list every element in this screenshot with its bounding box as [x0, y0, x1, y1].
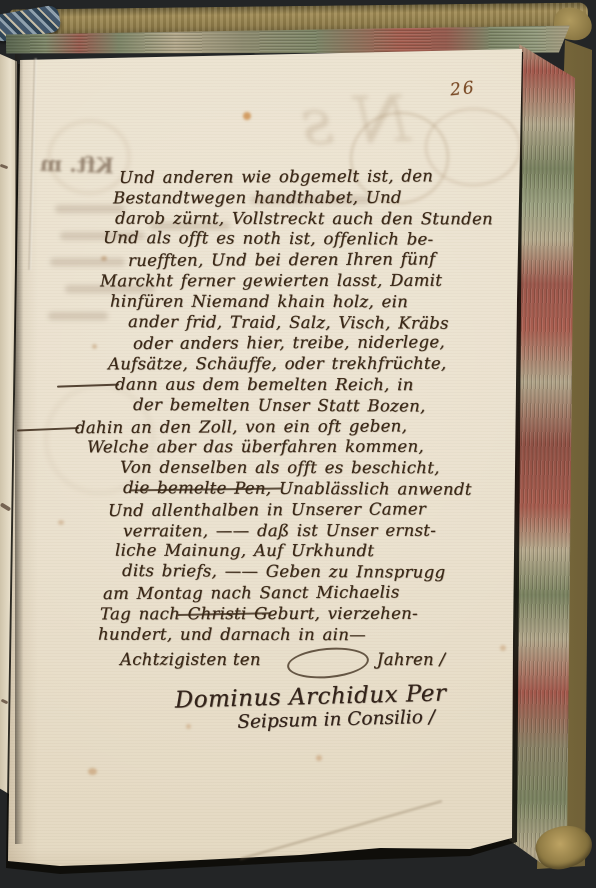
- text-line: oder anders hier, treibe, niderlege,: [133, 332, 505, 355]
- chancery-signature: Dominus Archidux Per Seipsum in Consilio…: [174, 680, 447, 734]
- text-line: Und als offt es noth ist, offenlich be-: [103, 228, 505, 251]
- text-line: dits briefs, —— Geben zu Innsprugg: [122, 561, 505, 584]
- manuscript-photo: N s Kft. m 26 Und anderen wie obgemelt i…: [0, 0, 596, 888]
- text-line: hinfüren Niemand khain holz, ein: [110, 291, 505, 312]
- last-line-right: Jahren /: [377, 650, 446, 671]
- gutter-shadow: [15, 54, 25, 844]
- text-line: ruefften, Und bei deren Ihren fünf: [128, 249, 505, 272]
- text-line: Tag nach Christi Geburt, vierzehen-: [100, 603, 505, 625]
- foxing-spot: [88, 768, 97, 775]
- text-line: am Montag nach Sanct Michaelis: [103, 582, 505, 605]
- text-line: die bemelte Pen, Unablässlich anwendt: [123, 478, 505, 501]
- text-line: Aufsätze, Schäuffe, oder trekhfrüchte,: [108, 354, 505, 375]
- text-line: liche Mainung, Auf Urkhundt: [115, 541, 505, 562]
- foxing-spot: [316, 755, 322, 761]
- last-line-left: Achtzigisten ten: [120, 650, 261, 671]
- showthrough-initials: N s: [149, 87, 411, 160]
- text-line: Bestandtwegen handthabet, Und: [113, 187, 505, 208]
- text-line: Welche aber das überfahren kommen,: [87, 437, 505, 459]
- text-line: verraiten, —— daß ist Unser ernst-: [123, 520, 505, 541]
- text-line: dahin an den Zoll, von ein oft geben,: [75, 415, 505, 438]
- text-line: darob zürnt, Vollstreckt auch den Stunde…: [115, 208, 505, 229]
- text-line: Und anderen wie obgemelt ist, den: [119, 166, 505, 189]
- page-number: 26: [449, 78, 477, 101]
- manuscript-text-block: Und anderen wie obgemelt ist, denBestand…: [95, 167, 505, 675]
- text-line: ander frid, Traid, Salz, Visch, Kräbs: [128, 312, 505, 335]
- text-line: der bemelten Unser Statt Bozen,: [133, 395, 505, 418]
- text-line: Und allenthalben in Unserer Camer: [108, 499, 505, 522]
- text-line: Marckht ferner gewierten lasst, Damit: [100, 271, 505, 293]
- text-line: Von denselben als offt es beschicht,: [120, 458, 505, 479]
- text-line-last: Achtzigisten ten Jahren /: [120, 645, 505, 675]
- text-line: dann aus dem bemelten Reich, in: [115, 375, 505, 396]
- foxing-spot: [58, 520, 64, 525]
- text-line: hundert, und darnach in ain—: [98, 624, 505, 646]
